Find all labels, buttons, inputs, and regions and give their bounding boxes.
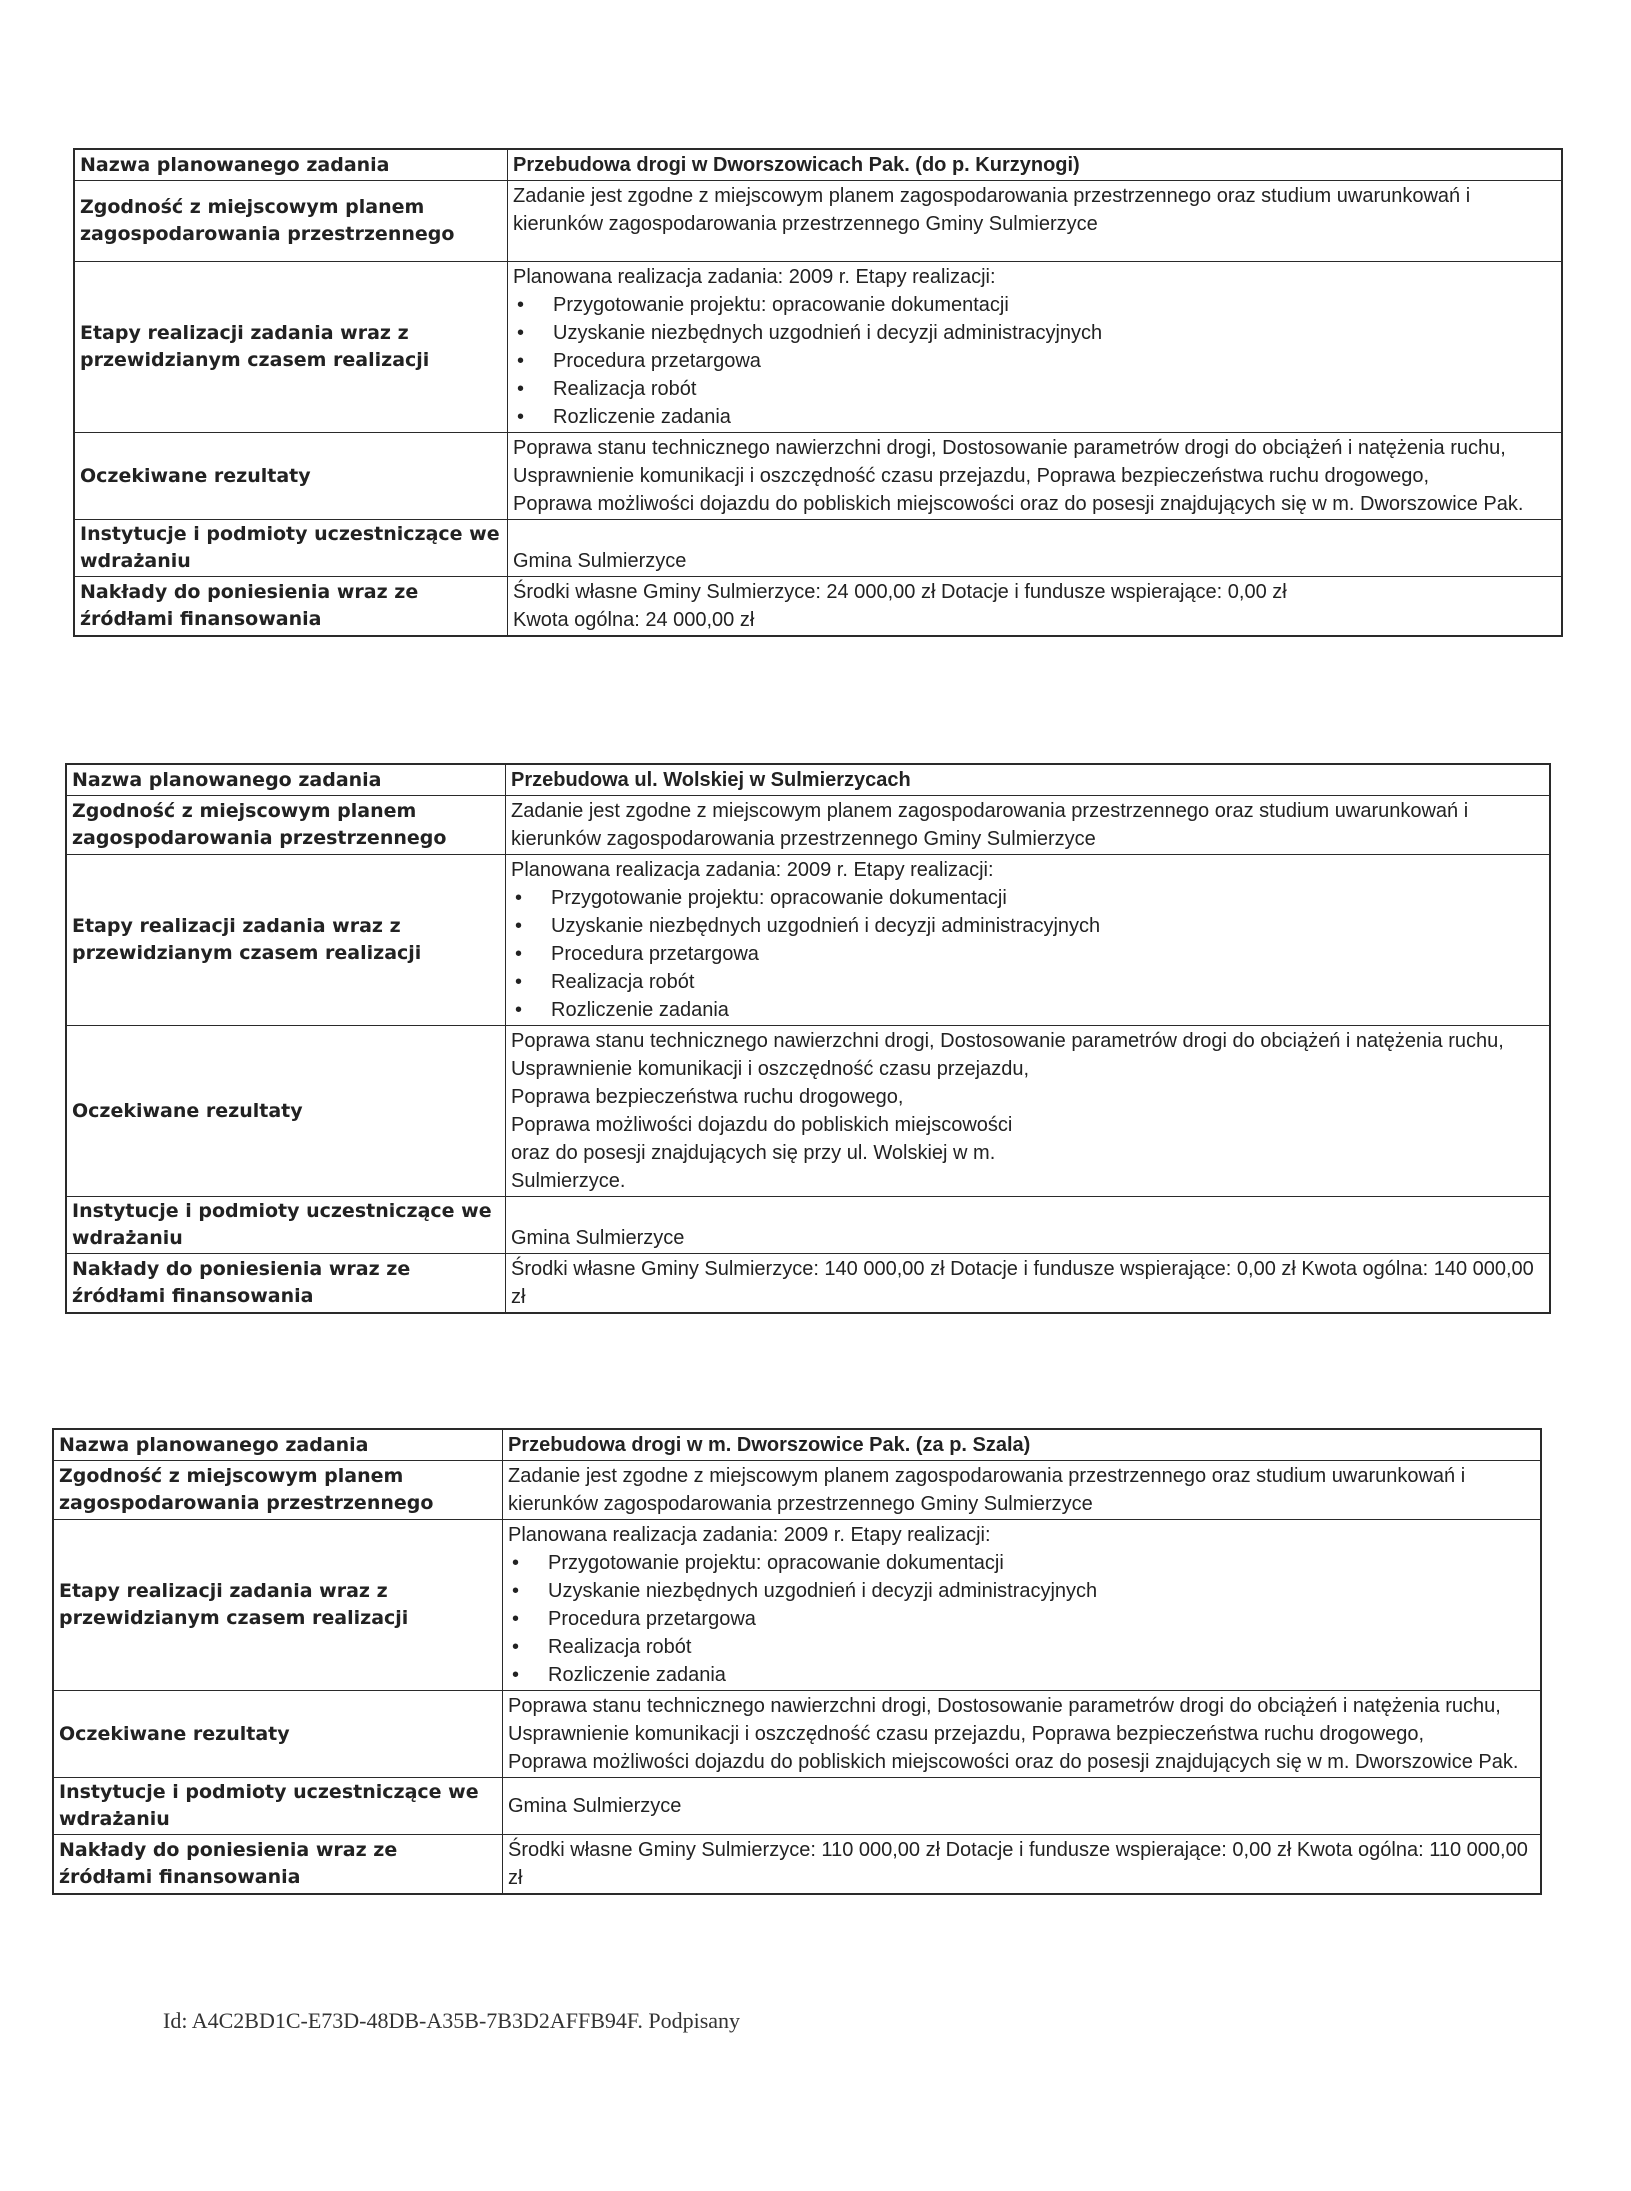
task-compliance: Zadanie jest zgodne z miejscowym planem …	[508, 181, 1563, 262]
row-results: Oczekiwane rezultaty Poprawa stanu techn…	[66, 1026, 1550, 1197]
task-funding: Środki własne Gminy Sulmierzyce: 140 000…	[506, 1254, 1551, 1314]
result-line: Poprawa bezpieczeństwa ruchu drogowego,	[511, 1083, 1544, 1111]
label-funding: Nakłady do poniesienia wraz ze źródłami …	[66, 1254, 506, 1314]
stages-list: Przygotowanie projektu: opracowanie doku…	[511, 884, 1544, 1024]
label-stages: Etapy realizacji zadania wraz z przewidz…	[66, 855, 506, 1026]
result-line: Poprawa stanu technicznego nawierzchni d…	[513, 434, 1556, 462]
task-compliance: Zadanie jest zgodne z miejscowym planem …	[506, 796, 1551, 855]
stage-item: Procedura przetargowa	[513, 347, 1556, 375]
stages-list: Przygotowanie projektu: opracowanie doku…	[513, 291, 1556, 431]
label-stages: Etapy realizacji zadania wraz z przewidz…	[53, 1520, 503, 1691]
result-line: Poprawa stanu technicznego nawierzchni d…	[508, 1692, 1535, 1720]
label-results: Oczekiwane rezultaty	[74, 433, 508, 520]
stage-item: Uzyskanie niezbędnych uzgodnień i decyzj…	[511, 912, 1544, 940]
funding-line: Środki własne Gminy Sulmierzyce: 110 000…	[508, 1836, 1535, 1892]
label-name: Nazwa planowanego zadania	[66, 764, 506, 796]
stage-item: Uzyskanie niezbędnych uzgodnień i decyzj…	[513, 319, 1556, 347]
label-name: Nazwa planowanego zadania	[74, 149, 508, 181]
task-institutions: Gmina Sulmierzyce	[508, 520, 1563, 577]
row-compliance: Zgodność z miejscowym planem zagospodaro…	[53, 1461, 1541, 1520]
stages-intro: Planowana realizacja zadania: 2009 r. Et…	[511, 856, 1544, 884]
task-name: Przebudowa ul. Wolskiej w Sulmierzycach	[506, 764, 1551, 796]
row-stages: Etapy realizacji zadania wraz z przewidz…	[53, 1520, 1541, 1691]
label-compliance: Zgodność z miejscowym planem zagospodaro…	[66, 796, 506, 855]
task-stages: Planowana realizacja zadania: 2009 r. Et…	[508, 262, 1563, 433]
row-funding: Nakłady do poniesienia wraz ze źródłami …	[66, 1254, 1550, 1314]
task-results: Poprawa stanu technicznego nawierzchni d…	[506, 1026, 1551, 1197]
row-results: Oczekiwane rezultaty Poprawa stanu techn…	[53, 1691, 1541, 1778]
stage-item: Realizacja robót	[508, 1633, 1535, 1661]
stages-intro: Planowana realizacja zadania: 2009 r. Et…	[508, 1521, 1535, 1549]
row-name: Nazwa planowanego zadania Przebudowa dro…	[53, 1429, 1541, 1461]
stage-item: Procedura przetargowa	[511, 940, 1544, 968]
row-name: Nazwa planowanego zadania Przebudowa dro…	[74, 149, 1562, 181]
result-line: Poprawa możliwości dojazdu do pobliskich…	[508, 1748, 1535, 1776]
task-table-3: Nazwa planowanego zadania Przebudowa dro…	[52, 1428, 1542, 1895]
stage-item: Rozliczenie zadania	[508, 1661, 1535, 1689]
stage-item: Przygotowanie projektu: opracowanie doku…	[513, 291, 1556, 319]
label-institutions: Instytucje i podmioty uczestniczące we w…	[66, 1197, 506, 1254]
task-results: Poprawa stanu technicznego nawierzchni d…	[508, 433, 1563, 520]
task-table-1: Nazwa planowanego zadania Przebudowa dro…	[73, 148, 1563, 637]
task-table-2: Nazwa planowanego zadania Przebudowa ul.…	[65, 763, 1551, 1314]
stage-item: Uzyskanie niezbędnych uzgodnień i decyzj…	[508, 1577, 1535, 1605]
stage-item: Realizacja robót	[513, 375, 1556, 403]
label-institutions: Instytucje i podmioty uczestniczące we w…	[74, 520, 508, 577]
label-results: Oczekiwane rezultaty	[53, 1691, 503, 1778]
stage-item: Rozliczenie zadania	[511, 996, 1544, 1024]
result-line: oraz do posesji znajdujących się przy ul…	[511, 1139, 1071, 1195]
task-funding: Środki własne Gminy Sulmierzyce: 110 000…	[503, 1835, 1542, 1895]
stage-item: Rozliczenie zadania	[513, 403, 1556, 431]
task-institutions: Gmina Sulmierzyce	[506, 1197, 1551, 1254]
funding-line: Środki własne Gminy Sulmierzyce: 24 000,…	[513, 578, 1556, 606]
row-institutions: Instytucje i podmioty uczestniczące we w…	[53, 1778, 1541, 1835]
result-line: Usprawnienie komunikacji i oszczędność c…	[508, 1720, 1535, 1748]
label-institutions: Instytucje i podmioty uczestniczące we w…	[53, 1778, 503, 1835]
stage-item: Realizacja robót	[511, 968, 1544, 996]
label-results: Oczekiwane rezultaty	[66, 1026, 506, 1197]
label-funding: Nakłady do poniesienia wraz ze źródłami …	[74, 577, 508, 637]
row-stages: Etapy realizacji zadania wraz z przewidz…	[66, 855, 1550, 1026]
result-line: Poprawa stanu technicznego nawierzchni d…	[511, 1027, 1544, 1055]
task-funding: Środki własne Gminy Sulmierzyce: 24 000,…	[508, 577, 1563, 637]
row-institutions: Instytucje i podmioty uczestniczące we w…	[66, 1197, 1550, 1254]
stages-intro: Planowana realizacja zadania: 2009 r. Et…	[513, 263, 1556, 291]
row-institutions: Instytucje i podmioty uczestniczące we w…	[74, 520, 1562, 577]
task-compliance: Zadanie jest zgodne z miejscowym planem …	[503, 1461, 1542, 1520]
stage-item: Procedura przetargowa	[508, 1605, 1535, 1633]
label-name: Nazwa planowanego zadania	[53, 1429, 503, 1461]
result-line: Poprawa możliwości dojazdu do pobliskich…	[511, 1111, 1544, 1139]
stages-list: Przygotowanie projektu: opracowanie doku…	[508, 1549, 1535, 1689]
task-results: Poprawa stanu technicznego nawierzchni d…	[503, 1691, 1542, 1778]
row-compliance: Zgodność z miejscowym planem zagospodaro…	[74, 181, 1562, 262]
task-stages: Planowana realizacja zadania: 2009 r. Et…	[503, 1520, 1542, 1691]
row-compliance: Zgodność z miejscowym planem zagospodaro…	[66, 796, 1550, 855]
row-funding: Nakłady do poniesienia wraz ze źródłami …	[74, 577, 1562, 637]
row-name: Nazwa planowanego zadania Przebudowa ul.…	[66, 764, 1550, 796]
task-stages: Planowana realizacja zadania: 2009 r. Et…	[506, 855, 1551, 1026]
task-name: Przebudowa drogi w Dworszowicach Pak. (d…	[508, 149, 1563, 181]
row-funding: Nakłady do poniesienia wraz ze źródłami …	[53, 1835, 1541, 1895]
stage-item: Przygotowanie projektu: opracowanie doku…	[511, 884, 1544, 912]
row-results: Oczekiwane rezultaty Poprawa stanu techn…	[74, 433, 1562, 520]
result-line: Usprawnienie komunikacji i oszczędność c…	[513, 462, 1556, 490]
label-compliance: Zgodność z miejscowym planem zagospodaro…	[53, 1461, 503, 1520]
label-stages: Etapy realizacji zadania wraz z przewidz…	[74, 262, 508, 433]
label-funding: Nakłady do poniesienia wraz ze źródłami …	[53, 1835, 503, 1895]
task-institutions: Gmina Sulmierzyce	[503, 1778, 1542, 1835]
document-id-footer: Id: A4C2BD1C-E73D-48DB-A35B-7B3D2AFFB94F…	[163, 2008, 740, 2034]
funding-line: Kwota ogólna: 24 000,00 zł	[513, 606, 1556, 634]
result-line: Usprawnienie komunikacji i oszczędność c…	[511, 1055, 1544, 1083]
task-name: Przebudowa drogi w m. Dworszowice Pak. (…	[503, 1429, 1542, 1461]
stage-item: Przygotowanie projektu: opracowanie doku…	[508, 1549, 1535, 1577]
row-stages: Etapy realizacji zadania wraz z przewidz…	[74, 262, 1562, 433]
result-line: Poprawa możliwości dojazdu do pobliskich…	[513, 490, 1556, 518]
label-compliance: Zgodność z miejscowym planem zagospodaro…	[74, 181, 508, 262]
funding-line: Środki własne Gminy Sulmierzyce: 140 000…	[511, 1255, 1544, 1311]
